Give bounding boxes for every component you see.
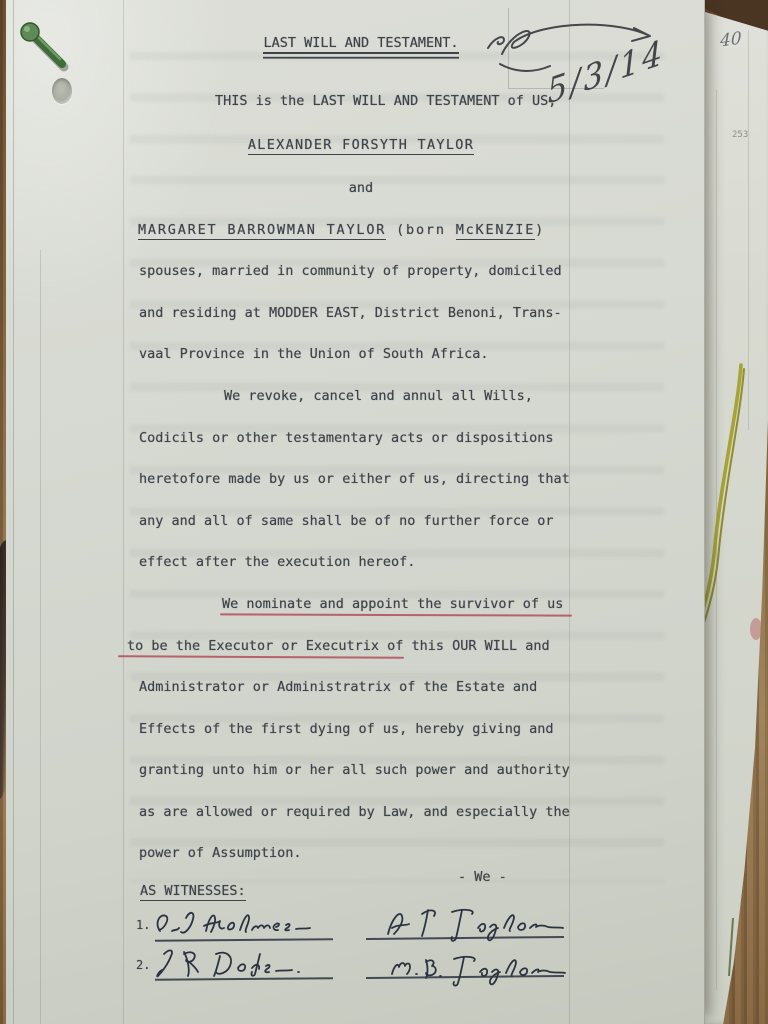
body-line: vaal Province in the Union of South Afri… bbox=[139, 345, 489, 363]
testator-1-line: ALEXANDER FORSYTH TAYLOR bbox=[146, 136, 576, 154]
green-pin bbox=[16, 18, 76, 78]
body-line: granting unto him or her all such power … bbox=[139, 761, 570, 779]
ink-bleed-through bbox=[130, 52, 664, 882]
testator-1-signature bbox=[378, 900, 568, 945]
page-number: 253 bbox=[732, 130, 748, 140]
body-line: Administrator or Administratrix of the E… bbox=[139, 678, 537, 696]
will-document-page: LAST WILL AND TESTAMENT. THIS is the LAS… bbox=[6, 0, 705, 1024]
testator-1-name: ALEXANDER FORSYTH TAYLOR bbox=[248, 137, 474, 155]
body-line: power of Assumption. bbox=[139, 844, 302, 862]
conjunction-line: and bbox=[146, 179, 576, 197]
body-line: effect after the execution hereof. bbox=[139, 553, 415, 571]
punch-hole bbox=[52, 78, 72, 104]
close-paren: ) bbox=[535, 222, 545, 238]
testator-2-name: MARGARET BARROWMAN TAYLOR bbox=[138, 222, 386, 240]
body-line-emphasized: to be the Executor or Executrix of this … bbox=[127, 637, 550, 655]
witnesses-heading: AS WITNESSES: bbox=[140, 882, 246, 900]
title-text: LAST WILL AND TESTAMENT. bbox=[263, 35, 458, 52]
witnesses-heading-text: AS WITNESSES: bbox=[140, 883, 246, 901]
left-margin-rule bbox=[123, 0, 124, 1024]
testator-2-maiden-name: McKENZIE bbox=[456, 222, 535, 240]
testator-2-signature bbox=[386, 946, 571, 986]
body-line: and residing at MODDER EAST, District Be… bbox=[139, 304, 562, 322]
witness-number: 2. bbox=[136, 956, 150, 974]
body-line: any and all of same shall be of no furth… bbox=[139, 512, 554, 530]
page-edge-line bbox=[40, 250, 41, 1024]
intro-line: THIS is the LAST WILL AND TESTAMENT of U… bbox=[215, 92, 556, 110]
catchword: - We - bbox=[458, 868, 507, 886]
witness-2-signature bbox=[150, 942, 340, 984]
witness-1-signature bbox=[152, 903, 322, 941]
body-line: Effects of the first dying of us, hereby… bbox=[139, 720, 554, 738]
born-prefix: (born bbox=[386, 222, 456, 238]
body-line: We revoke, cancel and annul all Wills, bbox=[224, 387, 533, 405]
body-line: as are allowed or required by Law, and e… bbox=[139, 803, 570, 821]
body-line: spouses, married in community of propert… bbox=[139, 262, 562, 280]
body-line-emphasized: We nominate and appoint the survivor of … bbox=[222, 595, 563, 613]
page-edge-line bbox=[13, 0, 14, 1024]
testator-2-line: MARGARET BARROWMAN TAYLOR (born McKENZIE… bbox=[138, 221, 545, 239]
body-line: heretofore made by us or either of us, d… bbox=[139, 470, 570, 488]
handwritten-corner-note: 40 bbox=[720, 28, 741, 51]
witness-number: 1. bbox=[136, 916, 150, 934]
body-line: Codicils or other testamentary acts or d… bbox=[139, 429, 554, 447]
scanned-will-photo: 40 253 LAST WILL AND TESTAMENT. THIS is … bbox=[0, 0, 768, 1024]
